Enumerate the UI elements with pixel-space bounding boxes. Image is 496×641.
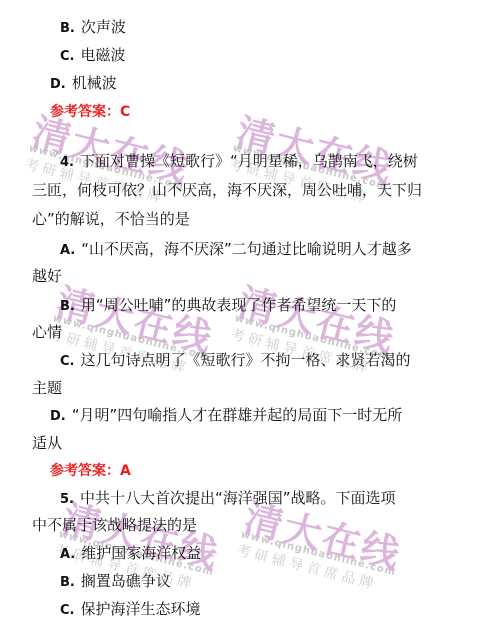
option-text: 维护国家海洋权益 xyxy=(81,544,201,562)
q4-option-a-cont: 越好 xyxy=(32,266,62,286)
option-text: “月明”四句喻指人才在群雄并起的局面下一时无所 xyxy=(72,406,403,424)
option-letter: A. xyxy=(60,547,75,562)
option-letter: C. xyxy=(60,354,74,369)
q5-option-b: B.搁置岛礁争议 xyxy=(60,571,171,593)
q4-option-c-cont: 主题 xyxy=(32,378,62,398)
option-text: “山不厌高，海不厌深”二句通过比喻说明人才越多 xyxy=(81,240,412,258)
option-c: C.电磁波 xyxy=(60,45,126,67)
option-letter: B. xyxy=(60,299,75,314)
option-text: 保护海洋生态环境 xyxy=(80,600,200,618)
option-letter: C. xyxy=(60,49,74,64)
question-4-stem-line3: 心”的解说，不恰当的是 xyxy=(32,209,190,229)
q4-option-d-cont: 适从 xyxy=(32,433,62,453)
option-letter: C. xyxy=(60,603,74,618)
option-letter: B. xyxy=(60,21,75,36)
q4-option-b: B.用“周公吐哺”的典故表现了作者希望统一天下的 xyxy=(60,295,396,317)
watermark-slogan: 考研辅导首席品牌 xyxy=(235,540,395,598)
option-letter: A. xyxy=(60,243,75,258)
question-4-stem-line2: 三匝，何枝可依？山不厌高，海不厌深，周公吐哺，天下归 xyxy=(32,180,422,200)
watermark: 清大在线 www.qinghuaonline.com 考研辅导首席品牌 xyxy=(235,498,406,598)
question-number: 4. xyxy=(60,155,74,170)
option-text: 电磁波 xyxy=(80,46,125,64)
q4-option-c: C.这几句诗点明了《短歌行》不拘一格、求贤若渴的 xyxy=(60,350,411,372)
question-5-stem-line2: 中不属于该战略提法的是 xyxy=(32,515,197,535)
option-letter: D. xyxy=(50,77,66,92)
question-number: 5. xyxy=(60,492,74,507)
option-b: B.次声波 xyxy=(60,17,126,39)
option-d: D.机械波 xyxy=(50,73,117,95)
q4-option-b-cont: 心情 xyxy=(32,322,62,342)
option-text: 机械波 xyxy=(72,74,117,92)
option-letter: D. xyxy=(50,409,66,424)
watermark-brand: 清大在线 xyxy=(234,282,399,360)
stem-text: 中共十八大首次提出“海洋强国”战略。下面选项 xyxy=(80,489,396,507)
q5-option-c: C.保护海洋生态环境 xyxy=(60,599,201,621)
watermark-url: www.qinghuaonline.com xyxy=(240,529,398,578)
watermark-brand: 清大在线 xyxy=(52,282,217,360)
option-letter: B. xyxy=(60,575,75,590)
q4-option-d: D.“月明”四句喻指人才在群雄并起的局面下一时无所 xyxy=(50,405,402,427)
option-text: 这几句诗点明了《短歌行》不拘一格、求贤若渴的 xyxy=(80,351,410,369)
option-text: 搁置岛礁争议 xyxy=(81,572,171,590)
answer-prev: 参考答案：C xyxy=(50,102,130,122)
stem-text: 下面对曹操《短歌行》“月明星稀，乌鹊南飞，绕树 xyxy=(80,152,418,170)
question-5-stem-line1: 5.中共十八大首次提出“海洋强国”战略。下面选项 xyxy=(60,488,396,510)
q5-option-a: A.维护国家海洋权益 xyxy=(60,543,201,565)
answer-q4: 参考答案：A xyxy=(50,461,131,481)
option-text: 次声波 xyxy=(81,18,126,36)
option-text: 用“周公吐哺”的典故表现了作者希望统一天下的 xyxy=(81,296,397,314)
q4-option-a: A.“山不厌高，海不厌深”二句通过比喻说明人才越多 xyxy=(60,239,412,261)
question-4-stem-line1: 4.下面对曹操《短歌行》“月明星稀，乌鹊南飞，绕树 xyxy=(60,151,418,173)
